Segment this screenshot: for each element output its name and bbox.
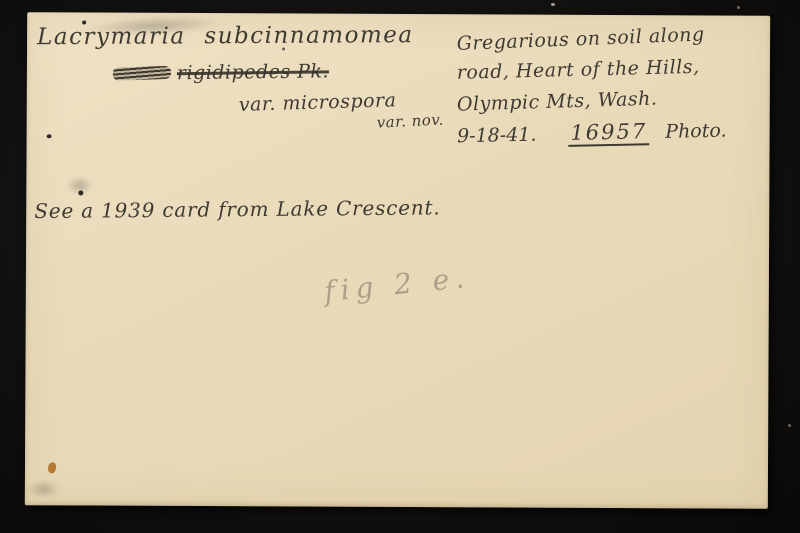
dust-speck <box>551 3 555 6</box>
ink-spot <box>47 134 52 138</box>
variety-nov-line: var. nov. <box>376 110 444 131</box>
variety-name-line: var. microspora <box>238 89 396 116</box>
rust-stain <box>48 462 56 473</box>
collection-number: 16957 <box>568 119 649 147</box>
crossed-out-former-name: rigidipedes Pk. <box>177 60 329 84</box>
locality-notes-block: Gregarious on soil along road, Heart of … <box>457 22 762 148</box>
genus-species-line: Lacrymaria subcinnamomea <box>37 22 414 50</box>
index-card: Lacrymaria subcinnamomea rigidipedes Pk.… <box>25 12 770 509</box>
pencil-figure-annotation: fig 2 e. <box>323 261 472 308</box>
scribbled-out-word <box>113 66 171 81</box>
reference-note: See a 1939 card from Lake Crescent. <box>34 195 440 223</box>
dust-speck <box>788 424 791 427</box>
date-and-number-line: 9-18-41. 16957 Photo. <box>457 113 763 151</box>
photo-background: Lacrymaria subcinnamomea rigidipedes Pk.… <box>0 0 800 533</box>
photo-label: Photo. <box>665 120 727 143</box>
graphite-smudge <box>27 480 61 498</box>
collection-date: 9-18-41. <box>457 124 537 148</box>
dust-speck <box>737 6 740 9</box>
ink-spot <box>78 190 83 195</box>
